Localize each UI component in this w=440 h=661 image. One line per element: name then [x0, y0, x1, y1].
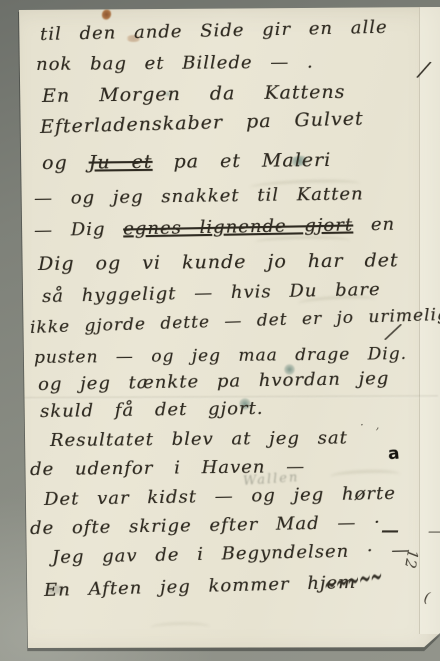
stray-ink-mark: · , — [360, 418, 383, 432]
line-text: — Dig — [34, 218, 124, 241]
stray-ink-mark: — — [428, 524, 440, 540]
line-text: Resultatet blev at jeg sat — [50, 427, 348, 451]
line-text: pusten — og jeg maa drage Dig. — [34, 344, 407, 368]
line-text: pa et Maleri — [152, 149, 331, 173]
rotated-number-note: 12 — [401, 548, 422, 570]
line-text: og — [42, 152, 89, 174]
line-text: nok bag et Billede — . — [36, 52, 314, 75]
manuscript-line: og Ju et pa et Maleri — [42, 149, 331, 174]
struck-text: egnes lignende gjort — [123, 214, 353, 239]
manuscript-line: Dig og vi kunde jo har det — [38, 249, 399, 275]
bold-ink-glyph: a — [387, 444, 400, 465]
manuscript-line: nok bag et Billede — . — [36, 52, 314, 75]
manuscript-line: skuld få det gjort. — [40, 398, 264, 422]
manuscript-line: pusten — og jeg maa drage Dig. — [34, 344, 407, 368]
struck-text: Ju et — [89, 151, 153, 174]
line-text: En Morgen da Kattens — [42, 81, 346, 107]
line-text: skuld få det gjort. — [40, 398, 264, 422]
line-text: Dig og vi kunde jo har det — [38, 249, 399, 275]
manuscript-line: En Morgen da Kattens — [42, 81, 346, 107]
manuscript-line: Resultatet blev at jeg sat — [50, 427, 348, 451]
stray-ink-mark: — — [381, 520, 399, 541]
line-text: en — [353, 214, 395, 236]
